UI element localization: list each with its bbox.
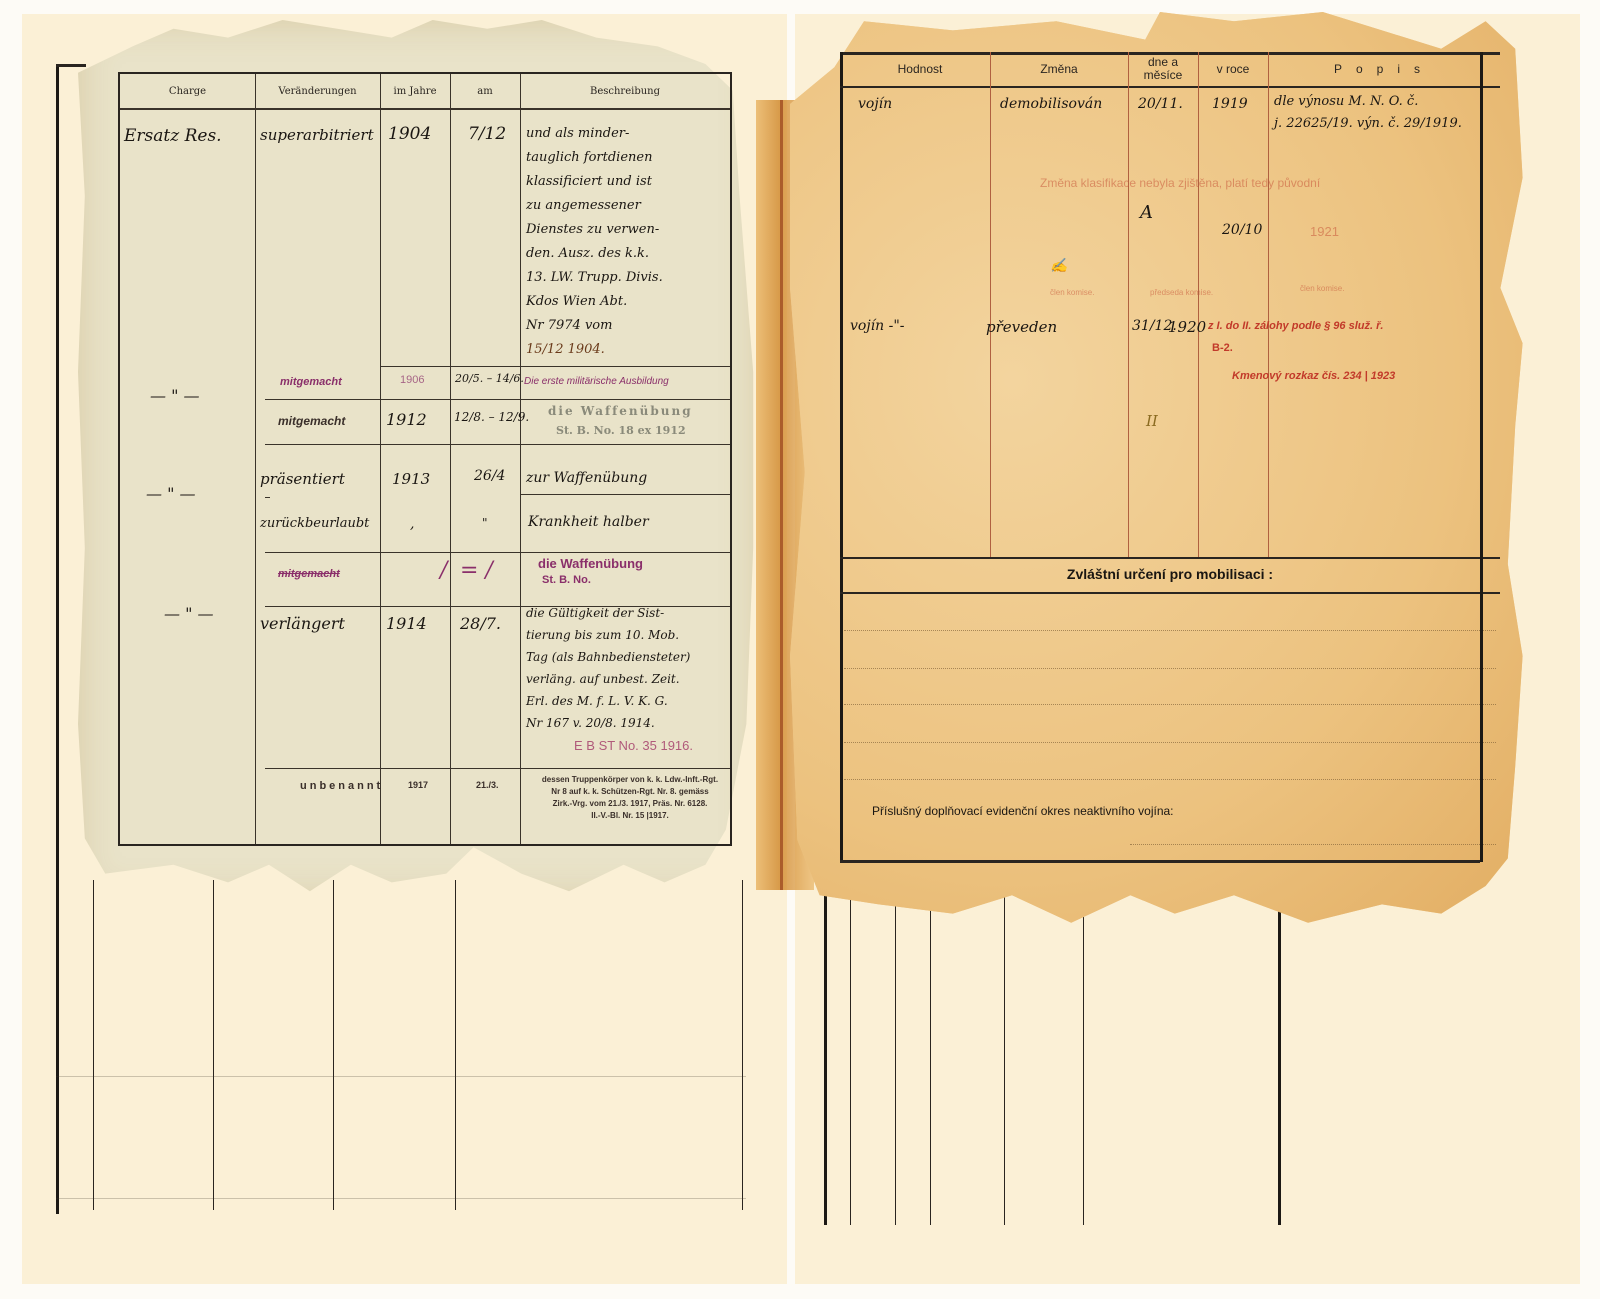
row-sep <box>265 399 730 400</box>
r-row1-year: 1919 <box>1212 96 1248 112</box>
desc-line: und als minder- <box>526 122 726 146</box>
row2-date: 20/5. – 14/6. <box>455 372 524 385</box>
desc-line: verläng. auf unbest. Zeit. <box>526 668 730 690</box>
row7-description: die Gültigkeit der Sist- tierung bis zum… <box>526 602 730 734</box>
right-under-frame-line <box>824 870 827 1225</box>
header-change: Změna <box>990 52 1128 86</box>
row7-change: verlängert <box>260 614 345 633</box>
row5-year: , <box>410 516 414 532</box>
left-record-table: Charge Veränderungen im Jahre am Beschre… <box>118 72 732 846</box>
row5-date: " <box>482 516 488 530</box>
col-sep <box>520 74 521 844</box>
desc-line: Nr 8 auf k. k. Schützen-Rgt. Nr. 8. gemä… <box>532 786 728 798</box>
blank-line <box>844 704 1496 705</box>
under-col-line <box>742 880 743 1210</box>
r-row3-desc2: B-2. <box>1212 342 1233 354</box>
row4-year: 1913 <box>392 470 430 488</box>
left-frame <box>840 52 843 862</box>
signature-member2: člen komise. <box>1300 284 1344 293</box>
row-sep <box>265 768 730 769</box>
r-row3-change: převeden <box>986 318 1057 336</box>
row6-change-stamp: mitgemacht <box>278 568 340 580</box>
row4-charge: — " — <box>146 484 196 503</box>
left-frame-top <box>56 64 86 67</box>
under-col-line <box>850 870 851 1225</box>
r-row1-desc2: j. 22625/19. výn. č. 29/1919. <box>1274 116 1462 131</box>
blank-line <box>844 742 1496 743</box>
row3-change-stamp: mitgemacht <box>278 414 345 428</box>
col-sep <box>380 74 381 844</box>
classification-stamp: Změna klasifikace nebyla zjištěna, platí… <box>1040 176 1320 190</box>
header-description: Popis <box>1268 52 1500 86</box>
header-description: Beschreibung <box>520 74 730 108</box>
row1-date: 7/12 <box>468 124 506 144</box>
classification-date: 20/10 <box>1222 222 1262 238</box>
under-col-line <box>1004 870 1005 1225</box>
r-row1-rank: vojín <box>858 96 892 112</box>
desc-line: Kdos Wien Abt. <box>526 290 726 314</box>
header-in-year: v roce <box>1198 52 1268 86</box>
row8-description: dessen Truppenkörper von k. k. Ldw.-Inft… <box>532 774 728 822</box>
header-charge: Charge <box>120 74 255 108</box>
row7-charge: — " — <box>164 604 214 623</box>
row3-desc-line1: die Waffenübung <box>548 404 693 418</box>
r-row1-change: demobilisován <box>1000 96 1102 112</box>
desc-line: zu angemessener <box>526 194 726 218</box>
desc-line: tauglich fortdienen <box>526 146 726 170</box>
row3-year: 1912 <box>386 410 427 429</box>
blank-line <box>844 668 1496 669</box>
district-field-line <box>1130 844 1496 845</box>
faint-row-line <box>56 1076 746 1077</box>
right-frame <box>1480 52 1483 862</box>
desc-line: den. Ausz. des k.k. <box>526 242 726 266</box>
row-sep <box>265 552 730 553</box>
desc-line: Zirk.-Vrg. vom 21./3. 1917, Präs. Nr. 61… <box>532 798 728 810</box>
col-sep <box>255 74 256 844</box>
row4-description: zur Waffenübung <box>526 470 647 486</box>
header-date: am <box>450 74 520 108</box>
row8-date: 21./3. <box>476 780 499 790</box>
col-sep <box>450 74 451 844</box>
row-sep <box>265 497 270 498</box>
row7-year: 1914 <box>386 614 427 633</box>
row1-description: und als minder- tauglich fortdienen klas… <box>526 122 726 362</box>
desc-line: dessen Truppenkörper von k. k. Ldw.-Inft… <box>532 774 728 786</box>
signatures-handwritten: ✍ <box>1050 258 1067 274</box>
under-col-line <box>333 880 334 1210</box>
signature-chair: předseda komise. <box>1150 288 1213 297</box>
row2-year: 1906 <box>400 374 424 386</box>
row3-desc-line2: St. B. No. 18 ex 1912 <box>556 424 686 437</box>
header-day-month: dne a měsíce <box>1128 52 1198 86</box>
row6-desc-line1: die Waffenübung <box>538 556 643 571</box>
desc-line: klassificiert und ist <box>526 170 726 194</box>
desc-line: II.-V.-Bl. Nr. 15 |1917. <box>532 810 728 822</box>
header-rank: Hodnost <box>850 52 990 86</box>
blank-line <box>844 630 1496 631</box>
r-row3-year: 1920 <box>1168 318 1206 336</box>
faint-row-line <box>56 1198 746 1199</box>
desc-line: Nr 7974 vom <box>526 314 726 338</box>
under-col-line <box>930 870 931 1225</box>
under-col-line <box>93 880 94 1210</box>
r-row3-rank: vojín -"- <box>850 318 905 334</box>
row1-change: superarbitriert <box>260 126 374 144</box>
col-sep <box>990 52 991 557</box>
r-row3-order: Kmenový rozkaz čís. 234 | 1923 <box>1232 370 1395 382</box>
desc-line: Dienstes zu verwen- <box>526 218 726 242</box>
under-col-line <box>213 880 214 1210</box>
desc-line: Nr 167 v. 20/8. 1914. <box>526 712 730 734</box>
row7-date: 28/7. <box>460 614 501 633</box>
desc-line: 15/12 1904. <box>526 338 726 362</box>
col-sep <box>1128 52 1129 557</box>
row2-change-stamp: mitgemacht <box>280 376 342 388</box>
row3-date: 12/8. – 12/9. <box>454 410 529 424</box>
row5-change: zurückbeurlaubt <box>260 516 369 531</box>
row8-change-stamp: unbenannt <box>300 780 383 792</box>
r-row1-date: 20/11. <box>1138 96 1183 112</box>
right-record-table: Hodnost Změna dne a měsíce v roce Popis … <box>840 52 1500 862</box>
row6-desc-line2: St. B. No. <box>542 574 591 586</box>
row7-ebst-stamp: E B ST No. 35 1916. <box>574 738 693 753</box>
right-under-frame-line <box>1278 870 1281 1225</box>
left-frame-line <box>56 64 59 1214</box>
header-rule <box>120 108 730 110</box>
blank-line <box>844 779 1496 780</box>
signature-member1: člen komise. <box>1050 288 1094 297</box>
under-col-line <box>895 870 896 1225</box>
row1-charge: Ersatz Res. <box>124 126 222 146</box>
row6-year-mark: / <box>440 558 447 583</box>
row4-date: 26/4 <box>474 468 505 484</box>
col-sep <box>1268 52 1269 557</box>
row-sep <box>265 444 730 445</box>
desc-line: 13. LW. Trupp. Divis. <box>526 266 726 290</box>
classification-year: 1921 <box>1310 224 1339 239</box>
r-row3-desc1: z I. do II. zálohy podle § 96 služ. ř. <box>1208 320 1383 332</box>
row2-charge: — " — <box>150 386 200 405</box>
row-sep <box>380 366 730 367</box>
classification-value: A <box>1140 202 1153 223</box>
r-row3-mark: II <box>1146 412 1158 430</box>
row5-description: Krankheit halber <box>528 514 649 530</box>
desc-line: Tag (als Bahnbediensteter) <box>526 646 730 668</box>
row6-date-mark: = / <box>460 558 493 583</box>
spine-stain <box>780 100 783 890</box>
district-label: Příslušný doplňovací evidenční okres nea… <box>872 804 1174 818</box>
under-col-line <box>455 880 456 1210</box>
under-col-line <box>1083 870 1084 1225</box>
desc-line: tierung bis zum 10. Mob. <box>526 624 730 646</box>
row2-description: Die erste militärische Ausbildung <box>524 376 669 387</box>
row8-year: 1917 <box>408 780 428 790</box>
bottom-rule <box>840 860 1480 863</box>
row-sep <box>520 494 730 495</box>
desc-line: Erl. des M. f. L. V. K. G. <box>526 690 730 712</box>
r-row1-desc1: dle výnosu M. N. O. č. <box>1274 94 1418 109</box>
header-rule <box>840 86 1500 88</box>
desc-line: die Gültigkeit der Sist- <box>526 602 730 624</box>
section-rule <box>840 557 1500 559</box>
header-changes: Veränderungen <box>255 74 380 108</box>
mobilisation-section-title: Zvláštní určení pro mobilisaci : <box>840 566 1500 582</box>
section-rule <box>840 592 1500 594</box>
row4-change: präsentiert <box>260 470 345 488</box>
col-sep <box>1198 52 1199 557</box>
row1-year: 1904 <box>388 124 431 144</box>
header-year: im Jahre <box>380 74 450 108</box>
